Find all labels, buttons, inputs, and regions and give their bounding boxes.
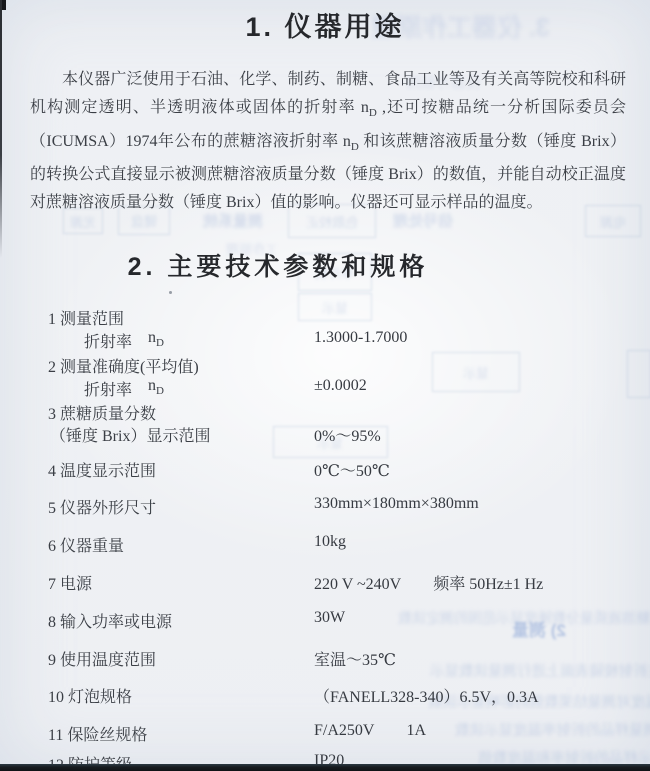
subscript-d: D	[156, 337, 164, 349]
page-content: 1. 仪器用途 本仪器广泛使用于石油、化学、制药、制糖、食品工业等及有关高等院校…	[0, 0, 650, 771]
refractive-index-symbol: nD	[148, 329, 164, 349]
scan-left-edge	[0, 0, 2, 258]
param-row: 1 测量范围	[0, 306, 650, 328]
scan-bottom-edge	[0, 764, 650, 771]
param-sublabel: （锤度 Brix）显示范围	[50, 423, 210, 446]
param-value: 330mm×180mm×380mm	[314, 495, 479, 513]
param-value: （FANELL328-340）6.5V，0.3A	[314, 684, 539, 707]
param-row: 5 仪器外形尺寸 330mm×180mm×380mm	[0, 495, 650, 517]
subscript-d: D	[156, 385, 164, 397]
param-row: 11 保险丝规格 F/A250V1A	[0, 722, 650, 744]
param-row: 10 灯泡规格 （FANELL328-340）6.5V，0.3A	[0, 684, 650, 706]
param-label: 9 使用温度范围	[48, 647, 156, 670]
param-value: 1.3000-1.7000	[314, 329, 407, 347]
param-label: 10 灯泡规格	[48, 684, 132, 707]
param-value-note: 1A	[406, 722, 426, 739]
param-row: 2 测量准确度(平均值)	[0, 354, 650, 376]
param-label: 1 测量范围	[48, 306, 124, 329]
subscript-d: D	[351, 141, 359, 153]
param-row: 7 电源 220 V ~240V频率 50Hz±1 Hz	[0, 571, 650, 593]
param-value: 0℃～50℃	[314, 458, 390, 481]
param-label: 8 输入功率或电源	[48, 609, 172, 632]
param-row: 6 仪器重量 10kg	[0, 533, 650, 555]
param-label: 6 仪器重量	[48, 533, 124, 556]
scan-speck	[169, 291, 172, 294]
section-1-title: 1. 仪器用途	[0, 5, 650, 44]
param-label: 11 保险丝规格	[48, 722, 147, 745]
param-label: 5 仪器外形尺寸	[48, 495, 156, 518]
param-sublabel: 折射率	[84, 329, 132, 352]
param-label: 7 电源	[48, 571, 92, 594]
param-label: 3 蔗糖质量分数	[48, 401, 156, 424]
param-value: 10kg	[314, 533, 346, 551]
param-value: 0%～95%	[314, 423, 381, 446]
refractive-index-symbol: nD	[148, 377, 164, 397]
param-row: 9 使用温度范围 室温～35℃	[0, 647, 650, 669]
param-row: 8 输入功率或电源 30W	[0, 609, 650, 631]
subscript-d: D	[369, 107, 377, 119]
section-2-title: 2. 主要技术参数和规格	[0, 247, 556, 283]
param-value: 30W	[314, 609, 345, 627]
param-row: 折射率 nD ±0.0002	[0, 377, 650, 399]
param-row: 3 蔗糖质量分数	[0, 401, 650, 423]
param-value: ±0.0002	[314, 377, 367, 395]
param-label: 4 温度显示范围	[48, 458, 156, 481]
param-value: F/A250V1A	[314, 722, 426, 740]
intro-paragraph: 本仪器广泛使用于石油、化学、制药、制糖、食品工业等及有关高等院校和科研机构测定透…	[30, 66, 626, 217]
param-value: 220 V ~240V频率 50Hz±1 Hz	[314, 571, 543, 594]
param-value-note: 频率 50Hz±1 Hz	[433, 576, 543, 593]
param-sublabel: 折射率	[84, 377, 132, 400]
param-label: 2 测量准确度(平均值)	[48, 354, 199, 377]
scanned-manual-page: 3. 仪器工作原理 仪器方框图 光源 键盘 测量系统 色散校正 信号处理 电源 …	[0, 0, 650, 771]
param-row: （锤度 Brix）显示范围 0%～95%	[0, 423, 650, 445]
param-value: 室温～35℃	[314, 647, 396, 670]
param-row: 4 温度显示范围 0℃～50℃	[0, 458, 650, 480]
param-row: 折射率 nD 1.3000-1.7000	[0, 329, 650, 351]
